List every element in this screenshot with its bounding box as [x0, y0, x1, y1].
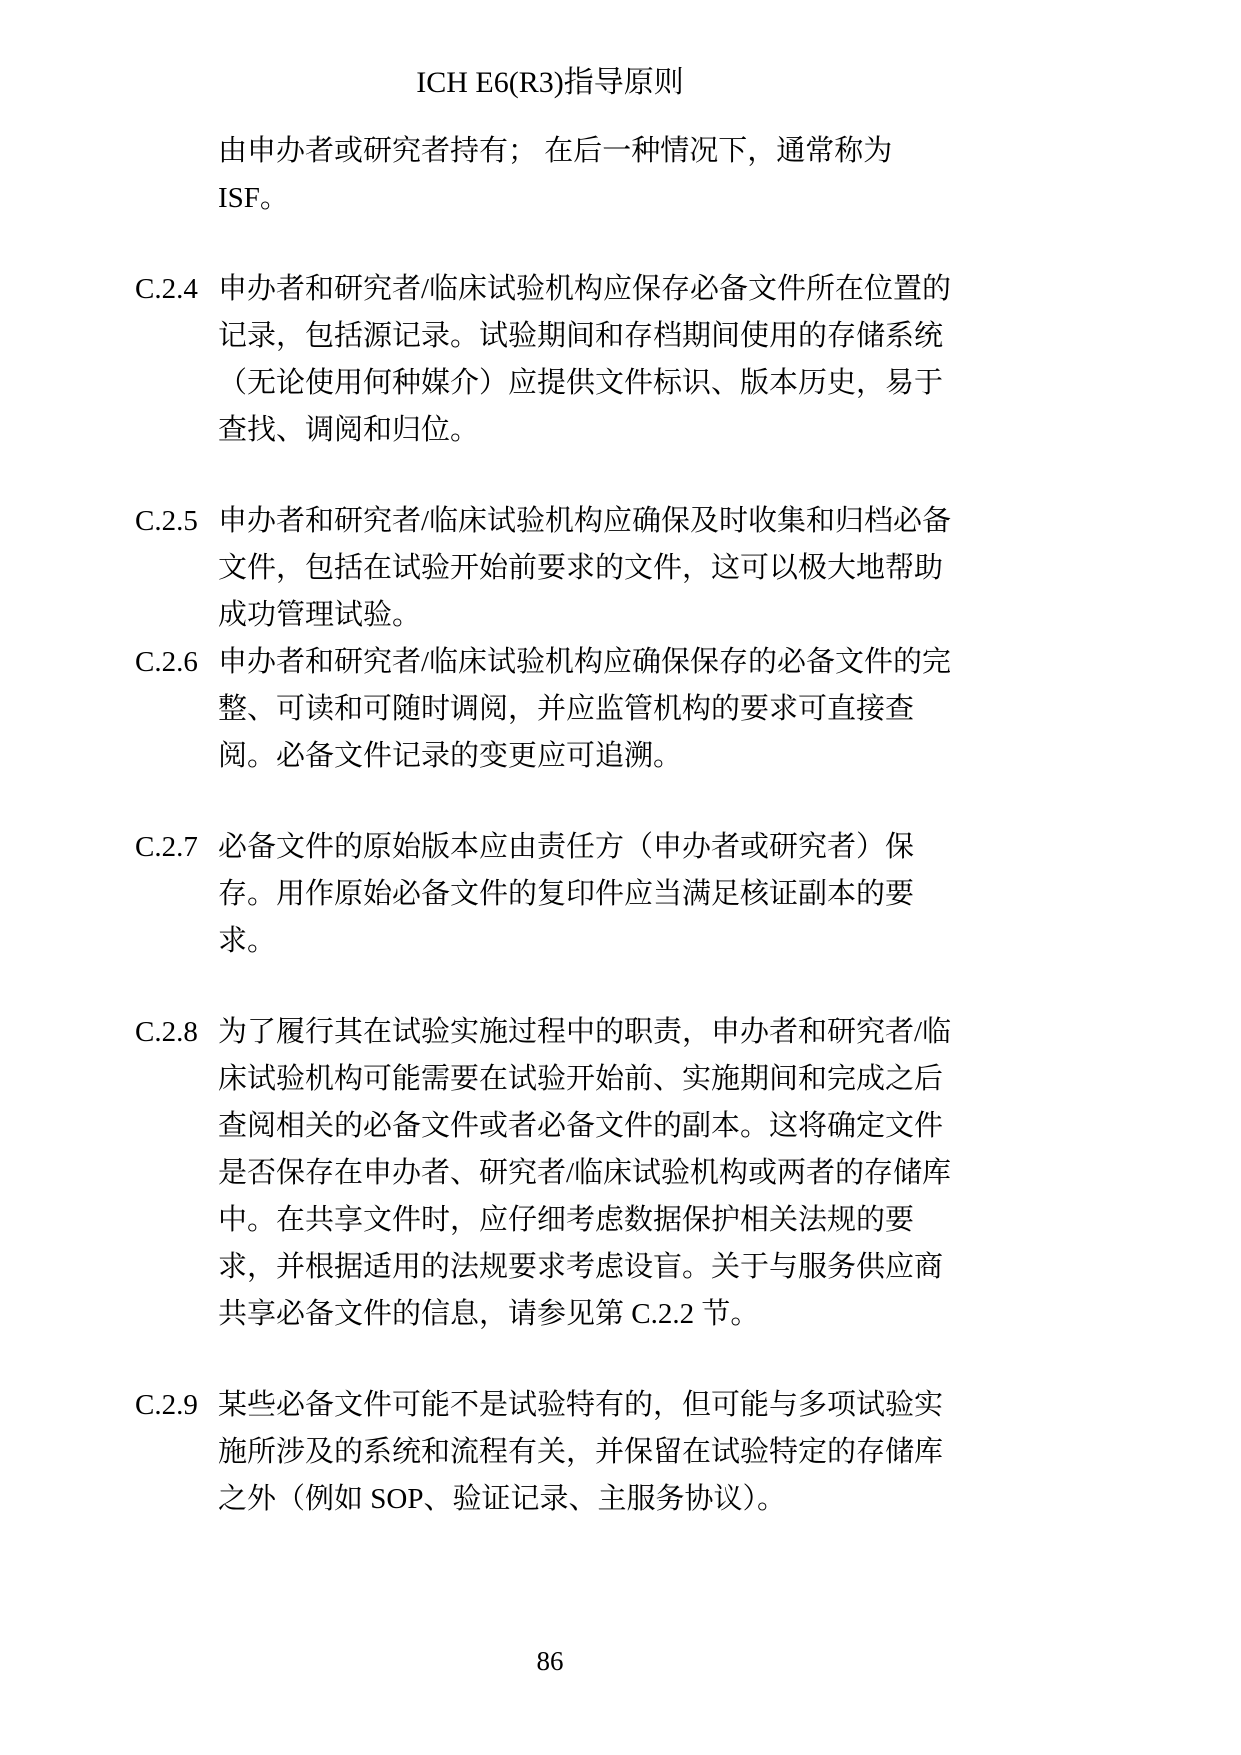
text-line: 必备文件的原始版本应由责任方（申办者或研究者）保 [218, 824, 975, 871]
text-line: 是否保存在申办者、研究者/临床试验机构或两者的存储库 [218, 1150, 975, 1197]
section-text: 某些必备文件可能不是试验特有的，但可能与多项试验实施所涉及的系统和流程有关，并保… [218, 1382, 975, 1523]
text-line: 阅。必备文件记录的变更应可追溯。 [218, 733, 975, 780]
section-C.2.7: C.2.7必备文件的原始版本应由责任方（申办者或研究者）保存。用作原始必备文件的… [135, 824, 975, 965]
document-content: 由申办者或研究者持有； 在后一种情况下，通常称为ISF。C.2.4申办者和研究者… [135, 128, 975, 1523]
text-line: 之外（例如 SOP、验证记录、主服务协议）。 [218, 1476, 975, 1523]
text-line: 申办者和研究者/临床试验机构应确保及时收集和归档必备 [218, 498, 975, 545]
text-line: 为了履行其在试验实施过程中的职责，申办者和研究者/临 [218, 1009, 975, 1056]
section-text: 申办者和研究者/临床试验机构应确保保存的必备文件的完整、可读和可随时调阅，并应监… [218, 639, 975, 780]
section-label [135, 128, 218, 222]
text-line: 某些必备文件可能不是试验特有的，但可能与多项试验实 [218, 1382, 975, 1429]
text-line: 查阅相关的必备文件或者必备文件的副本。这将确定文件 [218, 1103, 975, 1150]
section-C.2.4: C.2.4申办者和研究者/临床试验机构应保存必备文件所在位置的记录，包括源记录。… [135, 266, 975, 454]
section-text: 必备文件的原始版本应由责任方（申办者或研究者）保存。用作原始必备文件的复印件应当… [218, 824, 975, 965]
section-label: C.2.6 [135, 639, 218, 780]
section-text: 为了履行其在试验实施过程中的职责，申办者和研究者/临床试验机构可能需要在试验开始… [218, 1009, 975, 1338]
section-C.2.5: C.2.5申办者和研究者/临床试验机构应确保及时收集和归档必备文件，包括在试验开… [135, 498, 975, 639]
text-line: 文件，包括在试验开始前要求的文件，这可以极大地帮助 [218, 545, 975, 592]
text-line: 申办者和研究者/临床试验机构应保存必备文件所在位置的 [218, 266, 975, 313]
section-label: C.2.4 [135, 266, 218, 454]
page-header: ICH E6(R3)指导原则 [135, 0, 965, 102]
section-text: 由申办者或研究者持有； 在后一种情况下，通常称为ISF。 [218, 128, 975, 222]
text-line: 记录，包括源记录。试验期间和存档期间使用的存储系统 [218, 313, 975, 360]
page-footer: 86 [135, 1646, 965, 1677]
text-line: 查找、调阅和归位。 [218, 407, 975, 454]
section-label: C.2.9 [135, 1382, 218, 1523]
document-page: ICH E6(R3)指导原则 由申办者或研究者持有； 在后一种情况下，通常称为I… [0, 0, 1241, 1755]
section-label: C.2.7 [135, 824, 218, 965]
section-text: 申办者和研究者/临床试验机构应保存必备文件所在位置的记录，包括源记录。试验期间和… [218, 266, 975, 454]
text-line: 成功管理试验。 [218, 592, 975, 639]
text-line: 求，并根据适用的法规要求考虑设盲。关于与服务供应商 [218, 1244, 975, 1291]
text-line: 由申办者或研究者持有； 在后一种情况下，通常称为 [218, 128, 975, 175]
section-label: C.2.8 [135, 1009, 218, 1338]
text-line: 申办者和研究者/临床试验机构应确保保存的必备文件的完 [218, 639, 975, 686]
text-line: 施所涉及的系统和流程有关，并保留在试验特定的存储库 [218, 1429, 975, 1476]
section-C.2.9: C.2.9某些必备文件可能不是试验特有的，但可能与多项试验实施所涉及的系统和流程… [135, 1382, 975, 1523]
text-line: 床试验机构可能需要在试验开始前、实施期间和完成之后 [218, 1056, 975, 1103]
section-label: C.2.5 [135, 498, 218, 639]
section-C.2.8: C.2.8为了履行其在试验实施过程中的职责，申办者和研究者/临床试验机构可能需要… [135, 1009, 975, 1338]
section-text: 申办者和研究者/临床试验机构应确保及时收集和归档必备文件，包括在试验开始前要求的… [218, 498, 975, 639]
text-line: 共享必备文件的信息，请参见第 C.2.2 节。 [218, 1291, 975, 1338]
text-line: 求。 [218, 918, 975, 965]
page-number: 86 [537, 1646, 564, 1676]
text-line: 整、可读和可随时调阅，并应监管机构的要求可直接查 [218, 686, 975, 733]
text-line: 存。用作原始必备文件的复印件应当满足核证副本的要 [218, 871, 975, 918]
text-line: 中。在共享文件时，应仔细考虑数据保护相关法规的要 [218, 1197, 975, 1244]
text-line: ISF。 [218, 175, 975, 222]
page-title: ICH E6(R3)指导原则 [416, 66, 683, 99]
text-line: （无论使用何种媒介）应提供文件标识、版本历史，易于 [218, 360, 975, 407]
continuation-paragraph: 由申办者或研究者持有； 在后一种情况下，通常称为ISF。 [135, 128, 975, 222]
section-C.2.6: C.2.6申办者和研究者/临床试验机构应确保保存的必备文件的完整、可读和可随时调… [135, 639, 975, 780]
